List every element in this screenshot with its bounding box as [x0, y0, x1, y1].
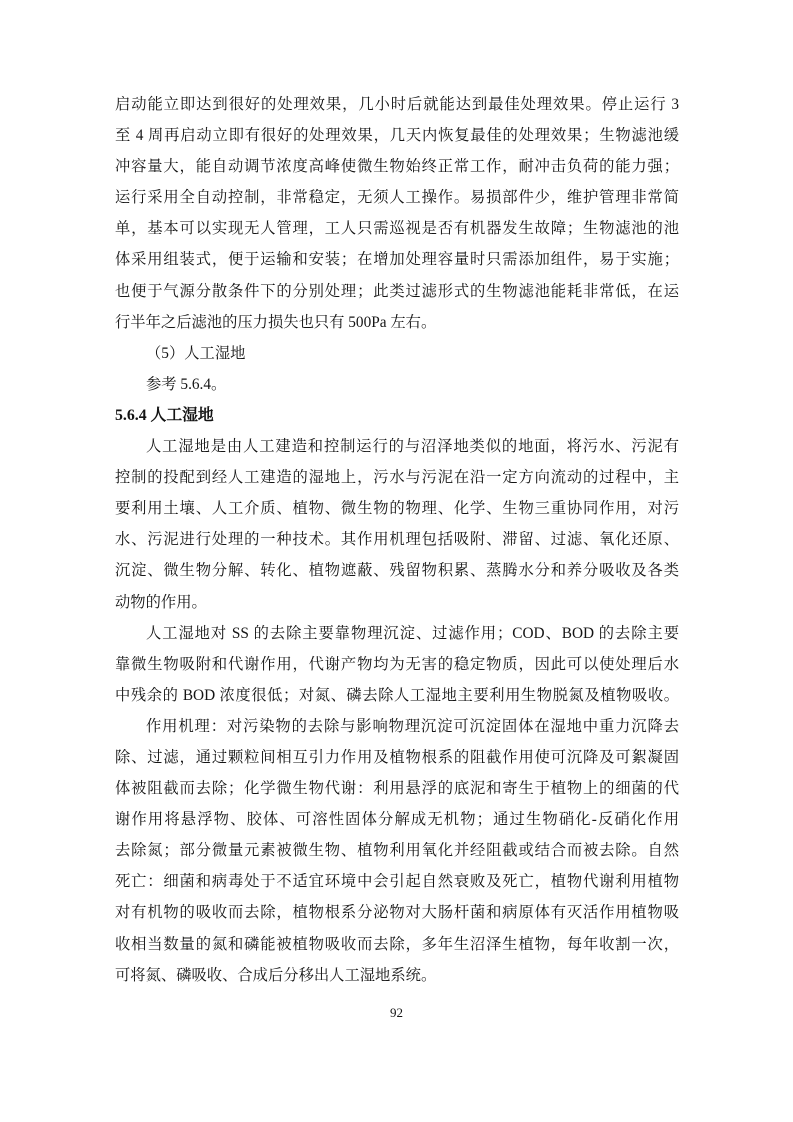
text-line: 启动能立即达到很好的处理效果，几小时后就能达到最佳处理效果。停止运行 3: [115, 89, 679, 120]
text-line: 靠微生物吸附和代谢作用，代谢产物均为无害的稳定物质，因此可以使处理后水: [115, 649, 679, 680]
text-line: 对有机物的吸收而去除，植物根系分泌物对大肠杆菌和病原体有灭活作用植物吸: [115, 897, 679, 928]
text-line: 死亡：细菌和病毒处于不适宜环境中会引起自然衰败及死亡，植物代谢利用植物: [115, 866, 679, 897]
document-page: 启动能立即达到很好的处理效果，几小时后就能达到最佳处理效果。停止运行 3至 4 …: [0, 0, 793, 1122]
section-heading: 5.6.4 人工湿地: [115, 400, 679, 431]
text-line: 至 4 周再启动立即有很好的处理效果，几天内恢复最佳的处理效果；生物滤池缓: [115, 120, 679, 151]
text-line: 沉淀、微生物分解、转化、植物遮蔽、残留物积累、蒸腾水分和养分吸收及各类: [115, 555, 679, 586]
text-line: 要利用土壤、人工介质、植物、微生物的物理、化学、生物三重协同作用，对污: [115, 493, 679, 524]
text-line: 去除氮；部分微量元素被微生物、植物利用氧化并经阻截或结合而被去除。自然: [115, 835, 679, 866]
text-line: 人工湿地对 SS 的去除主要靠物理沉淀、过滤作用；COD、BOD 的去除主要: [115, 618, 679, 649]
text-line: （5）人工湿地: [115, 338, 679, 369]
text-line: 也便于气源分散条件下的分别处理；此类过滤形式的生物滤池能耗非常低，在运: [115, 276, 679, 307]
text-line: 运行采用全自动控制，非常稳定，无须人工操作。易损部件少，维护管理非常简: [115, 182, 679, 213]
text-line: 人工湿地是由人工建造和控制运行的与沼泽地类似的地面，将污水、污泥有: [115, 431, 679, 462]
document-body: 启动能立即达到很好的处理效果，几小时后就能达到最佳处理效果。停止运行 3至 4 …: [115, 89, 679, 991]
text-line: 行半年之后滤池的压力损失也只有 500Pa 左右。: [115, 307, 679, 338]
text-line: 体被阻截而去除；化学微生物代谢：利用悬浮的底泥和寄生于植物上的细菌的代: [115, 773, 679, 804]
text-line: 可将氮、磷吸收、合成后分移出人工湿地系统。: [115, 960, 679, 991]
text-line: 中残余的 BOD 浓度很低；对氮、磷去除人工湿地主要利用生物脱氮及植物吸收。: [115, 680, 679, 711]
text-line: 控制的投配到经人工建造的湿地上，污水与污泥在沿一定方向流动的过程中，主: [115, 462, 679, 493]
text-line: 水、污泥进行处理的一种技术。其作用机理包括吸附、滞留、过滤、氧化还原、: [115, 524, 679, 555]
text-line: 单，基本可以实现无人管理，工人只需巡视是否有机器发生故障；生物滤池的池: [115, 213, 679, 244]
text-line: 除、过滤，通过颗粒间相互引力作用及植物根系的阻截作用使可沉降及可絮凝固: [115, 742, 679, 773]
text-line: 参考 5.6.4。: [115, 369, 679, 400]
text-line: 谢作用将悬浮物、胶体、可溶性固体分解成无机物；通过生物硝化-反硝化作用: [115, 804, 679, 835]
text-line: 动物的作用。: [115, 587, 679, 618]
text-line: 收相当数量的氮和磷能被植物吸收而去除，多年生沼泽生植物，每年收割一次，: [115, 929, 679, 960]
text-line: 体采用组装式，便于运输和安装；在增加处理容量时只需添加组件，易于实施；: [115, 244, 679, 275]
text-line: 作用机理：对污染物的去除与影响物理沉淀可沉淀固体在湿地中重力沉降去: [115, 711, 679, 742]
text-line: 冲容量大，能自动调节浓度高峰使微生物始终正常工作，耐冲击负荷的能力强；: [115, 151, 679, 182]
page-number: 92: [0, 1003, 793, 1023]
